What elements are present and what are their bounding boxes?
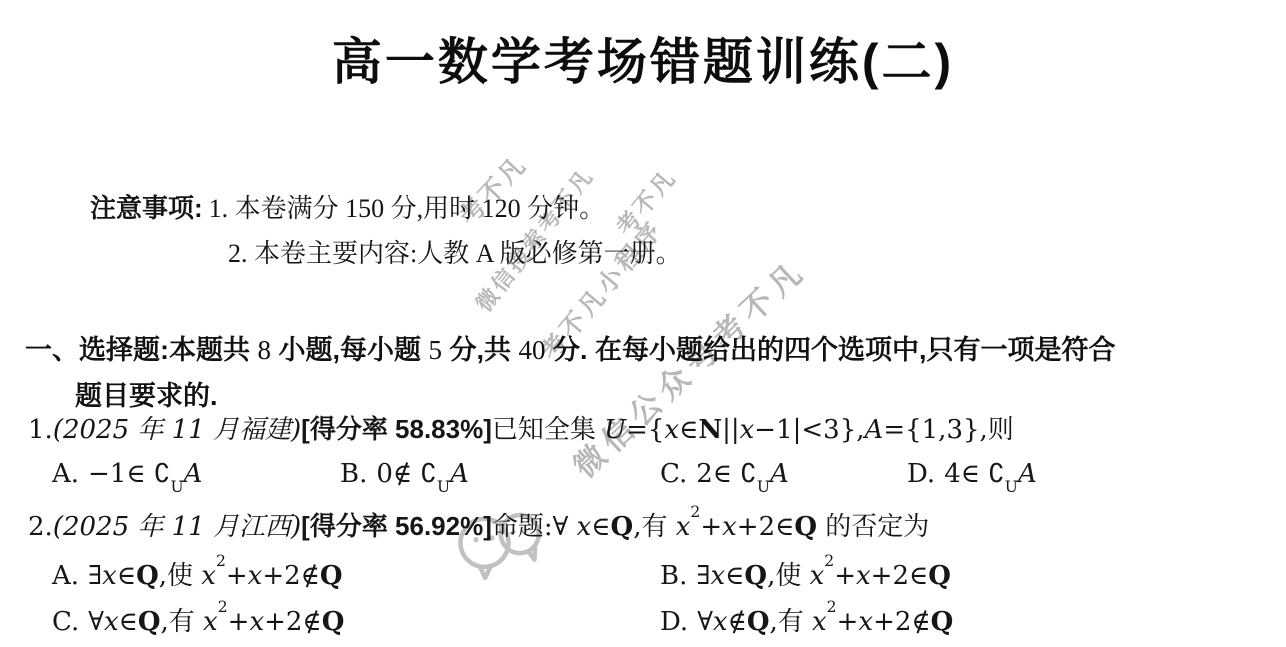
notice-block: 注意事项:1. 本卷满分 150 分,用时 120 分钟。 2. 本卷主要内容:…: [90, 186, 682, 276]
section-heading: 一、选择题:本题共 8 小题,每小题 5 分,共 40 分. 在每小题给出的四个…: [25, 327, 1116, 419]
question-2-option-b: B.∃x∈Q,使 x2+x+2∈Q: [660, 555, 951, 592]
question-2-option-c: C.∀x∈Q,有 x2+x+2∉Q: [52, 601, 344, 638]
option-label: B.: [660, 561, 687, 591]
option-math: ∃x∈Q,使 x2+x+2∈Q: [696, 561, 951, 591]
question-1-option-d: D.4∈ ∁UA: [907, 459, 1037, 492]
option-math: 0∉ ∁UA: [376, 459, 469, 489]
question-2-stem: 2.(2025 年 11 月江西)[得分率 56.92%]命题:∀ x∈Q,有 …: [28, 506, 929, 543]
question-1-option-c: C.2∈ ∁UA: [660, 459, 789, 492]
option-label: C.: [660, 459, 687, 489]
question-1-source: (2025 年 11 月福建): [53, 415, 301, 445]
option-label: A.: [52, 459, 79, 489]
option-label: D.: [660, 607, 688, 637]
notice-line-1: 注意事项:1. 本卷满分 150 分,用时 120 分钟。: [90, 186, 682, 231]
question-2-option-d: D.∀x∉Q,有 x2+x+2∉Q: [660, 601, 953, 638]
question-2-number: 2.: [28, 512, 53, 542]
question-1-option-a: A.−1∈ ∁UA: [52, 459, 202, 492]
question-1-stem: 1.(2025 年 11 月福建)[得分率 58.83%]已知全集 U={x∈N…: [28, 409, 1014, 446]
notice-line-2: 2. 本卷主要内容:人教 A 版必修第一册。: [90, 231, 682, 276]
option-math: 4∈ ∁UA: [944, 459, 1037, 489]
option-math: 2∈ ∁UA: [696, 459, 789, 489]
option-math: ∃x∈Q,使 x2+x+2∉Q: [88, 561, 343, 591]
notice-item-2: 2. 本卷主要内容:人教 A 版必修第一册。: [228, 239, 682, 268]
question-2-score-rate: [得分率 56.92%]: [301, 511, 492, 541]
option-math: ∀x∈Q,有 x2+x+2∉Q: [88, 607, 344, 637]
notice-label: 注意事项:: [90, 193, 203, 223]
option-label: D.: [907, 459, 935, 489]
question-2-text: 命题:∀ x∈Q,有 x2+x+2∈Q 的否定为: [492, 512, 929, 542]
page-title: 高一数学考场错题训练(二): [0, 22, 1286, 94]
option-label: B.: [340, 459, 367, 489]
option-math: −1∈ ∁UA: [88, 459, 202, 489]
option-label: A.: [52, 561, 79, 591]
section-heading-line-1: 一、选择题:本题共 8 小题,每小题 5 分,共 40 分. 在每小题给出的四个…: [25, 327, 1116, 373]
question-1-number: 1.: [28, 415, 53, 445]
question-1-text: 已知全集 U={x∈N||x−1|<3},A={1,3},则: [492, 415, 1014, 445]
option-math: ∀x∉Q,有 x2+x+2∉Q: [697, 607, 953, 637]
notice-item-1: 1. 本卷满分 150 分,用时 120 分钟。: [209, 194, 606, 223]
question-1-option-b: B.0∉ ∁UA: [340, 459, 469, 492]
option-label: C.: [52, 607, 79, 637]
watermark-layer: 考不凡微信搜索考不凡考不凡小程序考不凡微信公众号考不凡: [0, 0, 1286, 647]
question-2-option-a: A.∃x∈Q,使 x2+x+2∉Q: [52, 555, 343, 592]
question-2-source: (2025 年 11 月江西): [53, 512, 301, 542]
question-1-score-rate: [得分率 58.83%]: [301, 414, 492, 444]
